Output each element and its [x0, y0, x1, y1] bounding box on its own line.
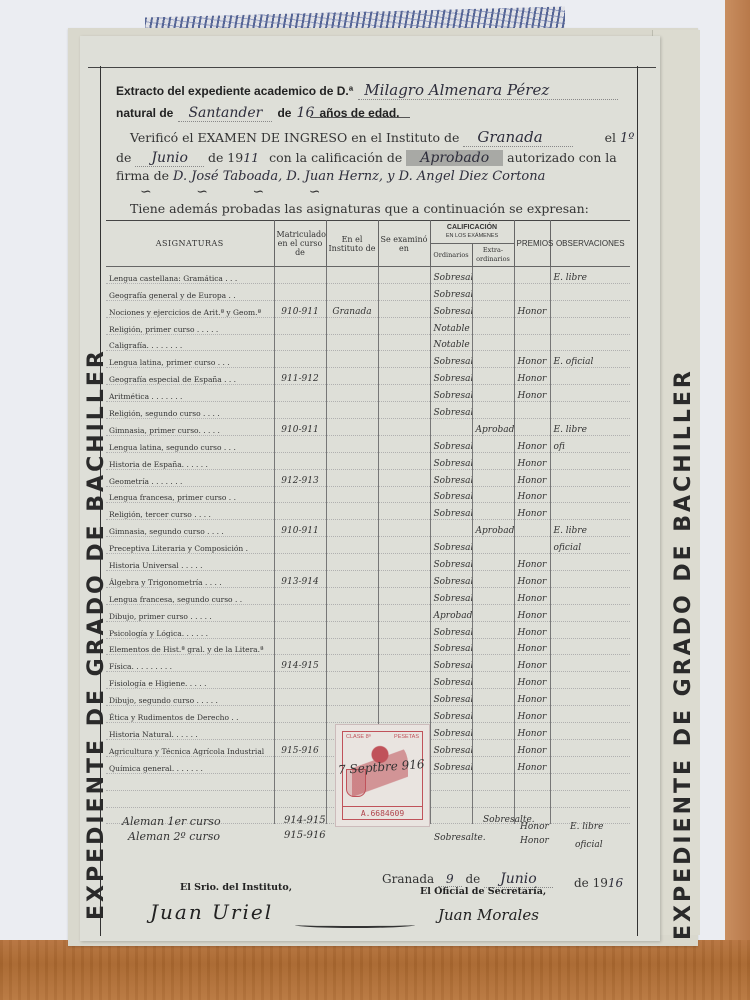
subject-cell: Religión, segundo curso . . . .: [106, 402, 274, 419]
subject-cell: Geografía general y de Europa . .: [106, 283, 274, 300]
examined-cell: [378, 351, 430, 368]
table-row: Lengua francesa, segundo curso . .Sobres…: [106, 587, 630, 604]
table-row: Religión, segundo curso . . . .Sobresalt…: [106, 402, 630, 419]
award-cell: Honor: [514, 723, 550, 740]
examined-cell: [378, 402, 430, 419]
course-cell: 910-911: [274, 300, 326, 317]
table-row: Geometría . . . . . . .912-913Sobresalte…: [106, 469, 630, 486]
examined-cell: [378, 317, 430, 334]
table-row: Elementos de Hist.ª gral. y de la Litera…: [106, 638, 630, 655]
subject-cell: Religión, tercer curso . . . .: [106, 503, 274, 520]
table-row: Preceptiva Literaria y Composición .Sobr…: [106, 537, 630, 554]
institute-cell: [326, 419, 378, 436]
footer-year-label: de 19: [574, 876, 608, 890]
subject-cell: Química general. . . . . . .: [106, 756, 274, 773]
institute-cell: [326, 267, 378, 284]
course-cell: [274, 435, 326, 452]
subject-cell: Historia Natural. . . . . .: [106, 723, 274, 740]
extraordinary-grade-cell: [472, 739, 514, 756]
header-enrolled: Matriculado en el curso de: [274, 221, 326, 267]
ordinary-grade-cell: Sobresalte.: [430, 402, 472, 419]
examined-cell: [378, 554, 430, 571]
course-cell: [274, 689, 326, 706]
award-cell: Honor: [514, 604, 550, 621]
institute-cell: [326, 283, 378, 300]
observation-cell: [550, 739, 630, 756]
ordinary-grade-cell: Sobresalte.: [430, 469, 472, 486]
examined-cell: [378, 267, 430, 284]
subject-cell: Geometría . . . . . . .: [106, 469, 274, 486]
extraordinary-grade-cell: [472, 402, 514, 419]
empty-cell: [430, 773, 472, 790]
observation-cell: [550, 689, 630, 706]
ordinary-grade-cell: Sobresalte.: [430, 638, 472, 655]
subject-cell: Religión, primer curso . . . . .: [106, 317, 274, 334]
header-observations: OBSERVACIONES: [550, 221, 630, 267]
award-cell: [514, 419, 550, 436]
observation-cell: [550, 706, 630, 723]
institute-cell: [326, 587, 378, 604]
subject-cell: Historia de España. . . . . .: [106, 452, 274, 469]
header-grading-subtitle: EN LOS EXÁMENES: [433, 232, 512, 241]
award-cell: Honor: [514, 469, 550, 486]
institute-cell: [326, 452, 378, 469]
extraordinary-grade-cell: [472, 486, 514, 503]
institute-cell: [326, 604, 378, 621]
subject-cell: Psicología y Lógica. . . . . .: [106, 621, 274, 638]
exam-institute: Granada: [463, 128, 572, 147]
stamp-value-label: PESETAS: [394, 734, 419, 740]
institute-cell: [326, 520, 378, 537]
header-examined: Se examinó en: [378, 221, 430, 267]
course-cell: [274, 537, 326, 554]
table-row: Geografía general y de Europa . .Sobresa…: [106, 283, 630, 300]
examined-cell: [378, 469, 430, 486]
table-row: Religión, tercer curso . . . .Sobresalte…: [106, 503, 630, 520]
examined-cell: [378, 621, 430, 638]
extraordinary-grade-cell: [472, 469, 514, 486]
subject-cell: Dibujo, segundo curso . . . . .: [106, 689, 274, 706]
birthplace-label: natural de: [116, 106, 173, 120]
spine-title-right: EXPEDIENTE DE GRADO DE BACHILLER: [671, 368, 696, 940]
award-cell: Honor: [514, 385, 550, 402]
ordinary-grade-cell: Notable: [430, 334, 472, 351]
observation-cell: [550, 672, 630, 689]
observation-cell: [550, 554, 630, 571]
course-cell: [274, 283, 326, 300]
award-cell: Honor: [514, 689, 550, 706]
observation-cell: [550, 638, 630, 655]
examined-cell: [378, 503, 430, 520]
ordinary-grade-cell: Sobresalte.: [430, 621, 472, 638]
course-cell: [274, 334, 326, 351]
ordinary-grade-cell: Notable: [430, 317, 472, 334]
institute-cell: [326, 621, 378, 638]
institute-cell: [326, 317, 378, 334]
extra-row-2-award: Honor: [520, 836, 549, 846]
institute-cell: [326, 334, 378, 351]
observation-cell: [550, 334, 630, 351]
table-row: Gimnasia, segundo curso . . . .910-911Ap…: [106, 520, 630, 537]
extra-row-1-obs: E. libre: [570, 822, 603, 832]
table-row: Religión, primer curso . . . . .Notable: [106, 317, 630, 334]
observation-cell: [550, 317, 630, 334]
officer-label: El Oficial de Secretaría,: [420, 886, 546, 897]
footer-de-label: de: [466, 872, 481, 886]
record-label: Extracto del expediente academico de D.ª: [116, 84, 353, 98]
course-cell: [274, 723, 326, 740]
institute-cell: [326, 469, 378, 486]
subject-cell: Preceptiva Literaria y Composición .: [106, 537, 274, 554]
observation-cell: [550, 469, 630, 486]
entrance-exam-line-3: firma de D. José Taboada, D. Juan Hernz,…: [116, 168, 545, 184]
observation-cell: [550, 283, 630, 300]
subject-cell: Aritmética . . . . . . .: [106, 385, 274, 402]
examined-cell: [378, 385, 430, 402]
ordinary-grade-cell: Sobresalte.: [430, 537, 472, 554]
header-grading-title: CALIFICACIÓN: [433, 223, 512, 232]
empty-cell: [472, 773, 514, 790]
institute-cell: [326, 486, 378, 503]
award-cell: Honor: [514, 351, 550, 368]
course-cell: 912-913: [274, 469, 326, 486]
student-name: Milagro Almenara Pérez: [358, 81, 618, 100]
wooden-desk-surface: [0, 940, 750, 1000]
header-grading: CALIFICACIÓN EN LOS EXÁMENES: [430, 221, 514, 244]
award-cell: Honor: [514, 571, 550, 588]
empty-cell: [430, 807, 472, 824]
extraordinary-grade-cell: [472, 452, 514, 469]
course-cell: [274, 317, 326, 334]
course-cell: [274, 351, 326, 368]
examined-cell: [378, 638, 430, 655]
empty-cell: [514, 773, 550, 790]
award-cell: [514, 334, 550, 351]
ordinary-grade-cell: Sobresalte.: [430, 723, 472, 740]
decorative-flourish: ∽ ∽ ∽ ∽: [140, 184, 320, 200]
course-cell: [274, 604, 326, 621]
extraordinary-grade-cell: [472, 571, 514, 588]
table-row: Física. . . . . . . . .914-915Sobresalte…: [106, 655, 630, 672]
secretary-signature: Juan Uriel: [150, 900, 273, 924]
observation-cell: ofi: [550, 435, 630, 452]
course-cell: [274, 706, 326, 723]
examined-cell: [378, 571, 430, 588]
empty-cell: [106, 790, 274, 807]
table-row: Psicología y Lógica. . . . . .Sobresalte…: [106, 621, 630, 638]
examined-cell: [378, 672, 430, 689]
header-extraordinary: Extra-ordinarios: [472, 244, 514, 267]
observation-cell: [550, 402, 630, 419]
course-cell: [274, 486, 326, 503]
award-cell: Honor: [514, 486, 550, 503]
subject-cell: Nociones y ejercicios de Arit.ª y Geom.ª: [106, 300, 274, 317]
extraordinary-grade-cell: [472, 385, 514, 402]
extraordinary-grade-cell: [472, 706, 514, 723]
exam-year: 11: [243, 150, 259, 165]
extraordinary-grade-cell: Aprobado: [472, 419, 514, 436]
subject-cell: Lengua latina, primer curso . . .: [106, 351, 274, 368]
ordinary-grade-cell: Sobresalte.: [430, 385, 472, 402]
exam-label: Verificó el EXAMEN DE INGRESO en el Inst…: [130, 130, 459, 145]
subject-cell: Lengua castellana: Gramática . . .: [106, 267, 274, 284]
footer-day: 9: [438, 872, 462, 887]
table-row: Aritmética . . . . . . .Sobresalte.Honor: [106, 385, 630, 402]
institute-cell: [326, 638, 378, 655]
award-cell: Honor: [514, 655, 550, 672]
header-subjects: ASIGNATURAS: [106, 221, 274, 267]
award-cell: Honor: [514, 435, 550, 452]
extraordinary-grade-cell: [472, 334, 514, 351]
header-institute: En el Instituto de: [326, 221, 378, 267]
examined-cell: [378, 283, 430, 300]
wooden-desk-edge: [725, 0, 750, 1000]
examined-cell: [378, 419, 430, 436]
course-cell: [274, 756, 326, 773]
examined-cell: [378, 368, 430, 385]
table-row: Dibujo, primer curso . . . . .AprobadoHo…: [106, 604, 630, 621]
exam-signatories: D. José Taboada, D. Juan Hernz, y D. Ang…: [173, 169, 545, 184]
ordinary-grade-cell: Sobresalte.: [430, 689, 472, 706]
subject-cell: Historia Universal . . . . .: [106, 554, 274, 571]
footer-place: Granada: [382, 872, 434, 886]
award-cell: [514, 520, 550, 537]
course-cell: [274, 402, 326, 419]
exam-day-label: el: [605, 130, 616, 145]
examined-cell: [378, 435, 430, 452]
award-cell: [514, 283, 550, 300]
award-cell: [514, 317, 550, 334]
exam-month-label: de: [116, 150, 131, 165]
institute-cell: [326, 689, 378, 706]
extraordinary-grade-cell: [472, 655, 514, 672]
ordinary-grade-cell: [430, 419, 472, 436]
institute-cell: [326, 435, 378, 452]
exam-grade: Aprobado: [406, 150, 503, 166]
subject-cell: Fisiología e Higiene. . . . .: [106, 672, 274, 689]
course-cell: 910-911: [274, 419, 326, 436]
award-cell: Honor: [514, 587, 550, 604]
course-cell: 913-914: [274, 571, 326, 588]
ordinary-grade-cell: Sobresalte.: [430, 435, 472, 452]
ordinary-grade-cell: Sobresalte.: [430, 554, 472, 571]
extra-row-1-award: Honor: [520, 822, 549, 832]
table-row: Historia Universal . . . . .Sobresalte.H…: [106, 554, 630, 571]
entrance-exam-line-1: Verificó el EXAMEN DE INGRESO en el Inst…: [130, 128, 634, 147]
table-row: Fisiología e Higiene. . . . .Sobresalte.…: [106, 672, 630, 689]
extraordinary-grade-cell: [472, 503, 514, 520]
subject-cell: Geografía especial de España . . .: [106, 368, 274, 385]
course-cell: [274, 621, 326, 638]
observation-cell: [550, 604, 630, 621]
subject-cell: Agricultura y Técnica Agrícola Industria…: [106, 739, 274, 756]
observation-cell: [550, 571, 630, 588]
award-cell: Honor: [514, 452, 550, 469]
award-cell: Honor: [514, 672, 550, 689]
ordinary-grade-cell: Sobresalte.: [430, 756, 472, 773]
observation-cell: E. libre: [550, 520, 630, 537]
subject-cell: Física. . . . . . . . .: [106, 655, 274, 672]
ordinary-grade-cell: Sobresalte.: [430, 300, 472, 317]
award-cell: Honor: [514, 503, 550, 520]
subject-cell: Caligrafía. . . . . . . .: [106, 334, 274, 351]
institute-cell: [326, 385, 378, 402]
examined-cell: [378, 587, 430, 604]
course-cell: 914-915: [274, 655, 326, 672]
exam-day: 1º: [620, 131, 634, 146]
observation-cell: [550, 723, 630, 740]
extra-row-2: Aleman 2º curso: [128, 830, 220, 843]
secretary-label: El Srio. del Instituto,: [180, 882, 292, 893]
institute-cell: [326, 655, 378, 672]
observation-cell: E. oficial: [550, 351, 630, 368]
header-line-1: Extracto del expediente academico de D.ª…: [116, 80, 618, 100]
course-cell: [274, 267, 326, 284]
exam-month: Junio: [135, 150, 204, 167]
extraordinary-grade-cell: [472, 638, 514, 655]
ordinary-grade-cell: Sobresalte.: [430, 655, 472, 672]
ordinary-grade-cell: Sobresalte.: [430, 706, 472, 723]
extraordinary-grade-cell: [472, 283, 514, 300]
award-cell: Honor: [514, 706, 550, 723]
extraordinary-grade-cell: [472, 300, 514, 317]
extraordinary-grade-cell: [472, 621, 514, 638]
empty-cell: [514, 790, 550, 807]
table-row: Lengua castellana: Gramática . . .Sobres…: [106, 267, 630, 284]
course-cell: [274, 638, 326, 655]
extraordinary-grade-cell: [472, 672, 514, 689]
subject-cell: Álgebra y Trigonometría . . . .: [106, 571, 274, 588]
empty-cell: [472, 790, 514, 807]
table-row: Geografía especial de España . . .911-91…: [106, 368, 630, 385]
institute-cell: [326, 537, 378, 554]
table-row: Gimnasia, primer curso. . . . .910-911Ap…: [106, 419, 630, 436]
extraordinary-grade-cell: [472, 756, 514, 773]
examined-cell: [378, 520, 430, 537]
ordinary-grade-cell: Sobresalte.: [430, 452, 472, 469]
extraordinary-grade-cell: [472, 317, 514, 334]
course-cell: [274, 554, 326, 571]
signature-label: firma de: [116, 168, 169, 183]
award-cell: Honor: [514, 638, 550, 655]
subject-cell: Elementos de Hist.ª gral. y de la Litera…: [106, 638, 274, 655]
observation-cell: [550, 756, 630, 773]
course-cell: 911-912: [274, 368, 326, 385]
table-row: Historia de España. . . . . .Sobresalte.…: [106, 452, 630, 469]
exam-grade-label: con la calificación de: [269, 150, 402, 165]
examined-cell: [378, 604, 430, 621]
subject-cell: Lengua latina, segundo curso . . .: [106, 435, 274, 452]
institute-cell: [326, 503, 378, 520]
ordinary-grade-cell: Sobresalte.: [430, 351, 472, 368]
extraordinary-grade-cell: [472, 351, 514, 368]
table-row: Dibujo, segundo curso . . . . .Sobresalt…: [106, 689, 630, 706]
extra-row-2-obs: oficial: [575, 840, 603, 850]
extra-subject: Aleman 1er curso: [122, 815, 221, 828]
observation-cell: [550, 621, 630, 638]
header-ordinary: Ordinarios: [430, 244, 472, 267]
observation-cell: oficial: [550, 537, 630, 554]
extraordinary-grade-cell: [472, 689, 514, 706]
extra-row-2-course: 915-916: [284, 830, 326, 841]
ordinary-grade-cell: Sobresalte.: [430, 672, 472, 689]
course-cell: [274, 672, 326, 689]
ordinary-grade-cell: Aprobado: [430, 604, 472, 621]
examined-cell: [378, 655, 430, 672]
stamp-serial: A.6684609: [342, 806, 423, 820]
course-cell: [274, 385, 326, 402]
table-row: Lengua latina, primer curso . . .Sobresa…: [106, 351, 630, 368]
header-divider: [310, 117, 410, 118]
subjects-intro: Tiene además probadas las asignaturas qu…: [130, 201, 589, 216]
extra-row-1: Aleman 1er curso: [122, 815, 221, 828]
extraordinary-grade-cell: Aprobado: [472, 520, 514, 537]
examined-cell: [378, 689, 430, 706]
examined-cell: [378, 537, 430, 554]
award-cell: Honor: [514, 300, 550, 317]
subject-cell: Gimnasia, primer curso. . . . .: [106, 419, 274, 436]
institute-cell: [326, 368, 378, 385]
empty-cell: [274, 790, 326, 807]
ordinary-grade-cell: Sobresalte.: [430, 283, 472, 300]
award-cell: Honor: [514, 368, 550, 385]
age-prefix-label: de: [277, 106, 291, 120]
ordinary-grade-cell: Sobresalte.: [430, 571, 472, 588]
age-value: 16: [297, 105, 315, 121]
table-row: Ética y Rudimentos de Derecho . .Sobresa…: [106, 706, 630, 723]
subject-cell: Gimnasia, segundo curso . . . .: [106, 520, 274, 537]
ordinary-grade-cell: Sobresalte.: [430, 267, 472, 284]
table-row: Caligrafía. . . . . . . .Notable: [106, 334, 630, 351]
exam-year-label: de 19: [208, 150, 243, 165]
examined-cell: [378, 706, 430, 723]
extra-row-2-ordinary: Sobresalte.: [434, 833, 486, 843]
footer-year-line: de 1916: [574, 876, 623, 890]
award-cell: [514, 402, 550, 419]
extraordinary-grade-cell: [472, 554, 514, 571]
observation-cell: [550, 300, 630, 317]
examined-cell: [378, 334, 430, 351]
institute-cell: [326, 402, 378, 419]
institute-cell: Granada: [326, 300, 378, 317]
observation-cell: [550, 385, 630, 402]
header-awards: PREMIOS: [514, 221, 550, 267]
observation-cell: [550, 503, 630, 520]
empty-cell: [550, 773, 630, 790]
observation-cell: [550, 486, 630, 503]
course-cell: 910-911: [274, 520, 326, 537]
ordinary-grade-cell: Sobresalte.: [430, 739, 472, 756]
extra-row-1-course: 914-915: [284, 815, 326, 826]
course-cell: [274, 503, 326, 520]
ordinary-grade-cell: Sobresalte.: [430, 368, 472, 385]
ordinary-grade-cell: Sobresalte.: [430, 587, 472, 604]
institute-cell: [326, 554, 378, 571]
empty-cell: [274, 773, 326, 790]
award-cell: Honor: [514, 554, 550, 571]
course-cell: [274, 452, 326, 469]
subject-cell: Dibujo, primer curso . . . . .: [106, 604, 274, 621]
observation-cell: E. libre: [550, 419, 630, 436]
observation-cell: [550, 452, 630, 469]
subject-cell: Lengua francesa, segundo curso . .: [106, 587, 274, 604]
authorized-label: autorizado con la: [507, 150, 617, 165]
observation-cell: [550, 368, 630, 385]
observation-cell: [550, 655, 630, 672]
award-cell: [514, 537, 550, 554]
extraordinary-grade-cell: [472, 368, 514, 385]
observation-cell: E. libre: [550, 267, 630, 284]
